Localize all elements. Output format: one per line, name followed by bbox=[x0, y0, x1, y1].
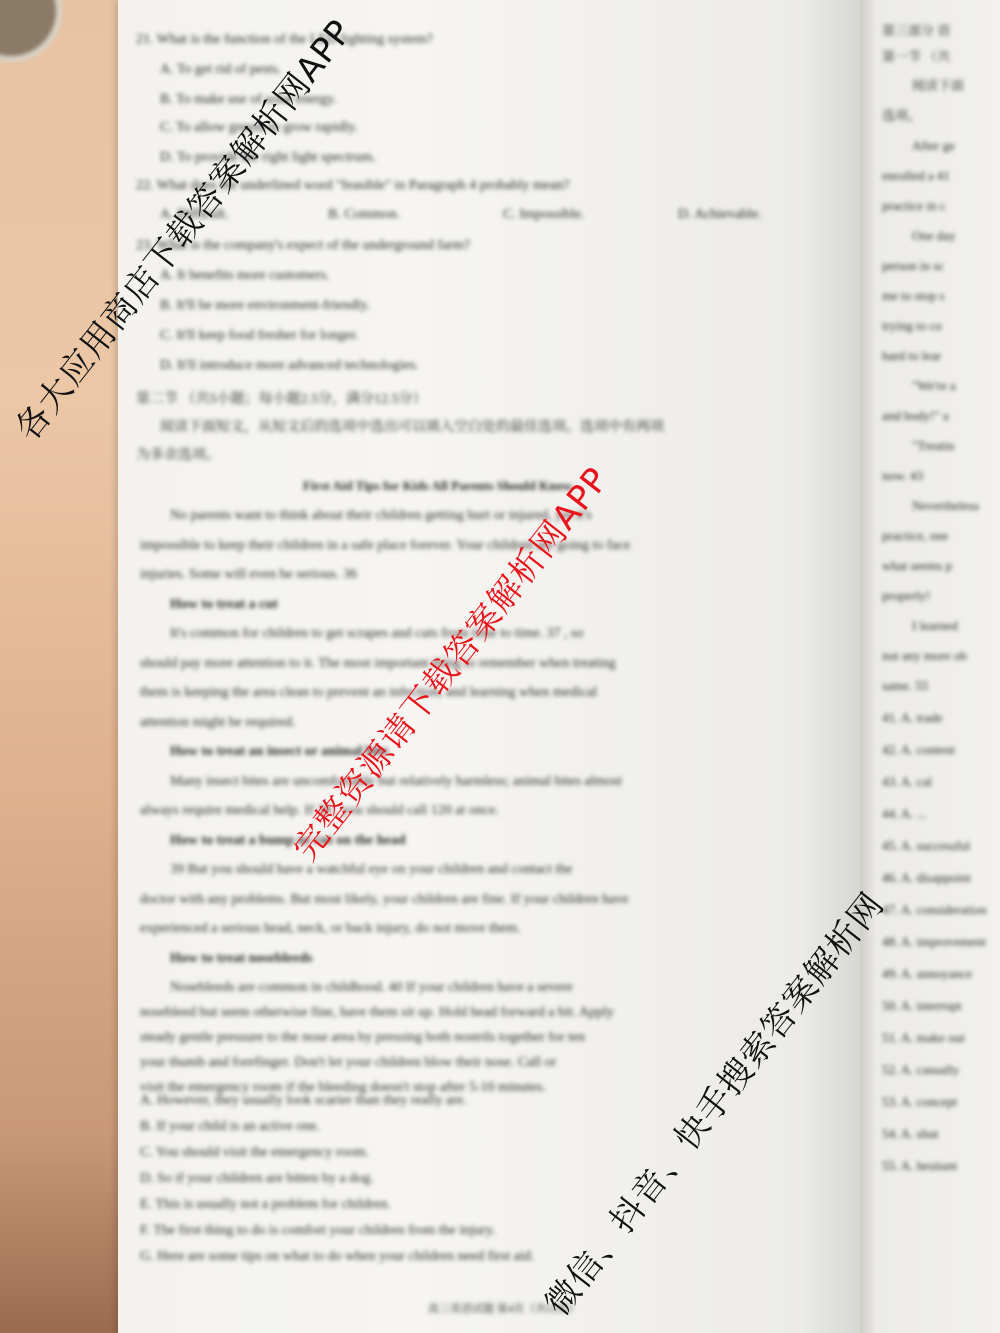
answer-option: D. So if your children are bitten by a d… bbox=[140, 1171, 374, 1187]
answer-option: A. However, they usually look scarier th… bbox=[140, 1093, 467, 1109]
choice-line: 55. A. hesitant bbox=[882, 1158, 957, 1174]
choice-line: 48. A. improvement bbox=[882, 934, 986, 950]
option-line: C. Impossible. bbox=[503, 207, 584, 223]
text-line: me to stop s bbox=[882, 288, 944, 304]
text-line: 阅读下面 bbox=[912, 75, 964, 94]
choice-line: 49. A. annoyance bbox=[882, 966, 972, 982]
desk-object bbox=[0, 0, 62, 62]
passage-line: nosebleed but seem otherwise fine, have … bbox=[140, 1005, 614, 1021]
passage-title: First Aid Tips for Kids All Parents Shou… bbox=[303, 478, 572, 494]
text-line: properly! bbox=[882, 588, 930, 604]
text-line: person in sc bbox=[882, 258, 944, 274]
question-line: C. It'll keep food fresher for longer. bbox=[160, 328, 358, 344]
text-line: Nevertheless bbox=[912, 498, 979, 514]
option-line: B. Common. bbox=[328, 207, 400, 223]
answer-option: E. This is usually not a problem for chi… bbox=[140, 1197, 391, 1213]
choice-line: 45. A. successful bbox=[882, 838, 970, 854]
text-line: One day bbox=[912, 228, 956, 244]
choice-line: 43. A. cal bbox=[882, 774, 932, 790]
passage-line: Many insect bites are uncomfortable but … bbox=[170, 774, 622, 790]
choice-line: 54. A. shut bbox=[882, 1126, 938, 1142]
passage-line: your thumb and forefinger. Don't let you… bbox=[140, 1055, 556, 1071]
passage-line: injuries. Some will even be serious. 36 bbox=[140, 567, 357, 583]
text-line: After ge bbox=[912, 138, 955, 154]
section-heading: How to treat a cut bbox=[170, 597, 278, 613]
answer-option: B. If your child is an active one. bbox=[140, 1119, 320, 1135]
text-line: what seems p bbox=[882, 558, 952, 574]
text-line: 第三部分 语 bbox=[882, 20, 950, 39]
choice-line: 41. A. trade bbox=[882, 710, 943, 726]
choice-line: 53. A. concept bbox=[882, 1094, 957, 1110]
passage-line: 39 But you should have a watchful eye on… bbox=[170, 862, 572, 878]
text-line: hard to lear bbox=[882, 348, 941, 364]
question-line: A. To get rid of pests. bbox=[160, 62, 281, 78]
passage-line: Nosebleeds are common in childhood. 40 I… bbox=[170, 980, 573, 996]
choice-line: 47. A. consideration bbox=[882, 902, 987, 918]
text-line: practice, one bbox=[882, 528, 948, 544]
text-line: I learned bbox=[912, 618, 958, 634]
passage-line: attention might be required. bbox=[140, 715, 296, 731]
passage-line: them is keeping the area clean to preven… bbox=[140, 685, 597, 701]
choice-line: 51. A. make out bbox=[882, 1030, 965, 1046]
text-line: 第一节 （共 bbox=[882, 46, 950, 65]
question-line: 为多余选项。 bbox=[136, 444, 220, 464]
text-line: now. 43 bbox=[882, 468, 923, 484]
passage-line: It's common for children to get scrapes … bbox=[170, 626, 584, 642]
question-line: A. It benefits more customers. bbox=[160, 268, 330, 284]
question-line: 21. What is the function of the LED ligh… bbox=[136, 32, 433, 48]
text-line: and body!" a bbox=[882, 408, 949, 424]
choice-line: 44. A. ... bbox=[882, 806, 926, 822]
passage-line: experienced a serious head, neck, or bac… bbox=[140, 921, 520, 937]
text-line: same. 55 bbox=[882, 678, 928, 694]
section-heading: How to treat nosebleeds bbox=[170, 951, 312, 967]
answer-option: G. Here are some tips on what to do when… bbox=[140, 1249, 534, 1265]
text-line: enrolled a 41 bbox=[882, 168, 950, 184]
answer-option: C. You should visit the emergency room. bbox=[140, 1145, 369, 1161]
text-line: trying to co bbox=[882, 318, 942, 334]
text-line: 选项。 bbox=[882, 105, 921, 124]
choice-line: 46. A. disappoint bbox=[882, 870, 971, 886]
passage-line: steady gentle pressure to the nose area … bbox=[140, 1030, 585, 1046]
right-page: 第三部分 语第一节 （共阅读下面选项。After geenrolled a 41… bbox=[860, 0, 1000, 1333]
choice-line: 42. A. content bbox=[882, 742, 955, 758]
option-line: D. Achievable. bbox=[678, 207, 762, 223]
choice-line: 50. A. interrupt bbox=[882, 998, 961, 1014]
answer-option: F. The first thing to do is comfort your… bbox=[140, 1223, 495, 1239]
question-line: B. It'll be more environment-friendly. bbox=[160, 298, 370, 314]
passage-line: doctor with any problems. But most likel… bbox=[140, 892, 629, 908]
question-line: 阅读下面短文，从短文后的选项中选出可以填入空白处的最佳选项。选项中有两项 bbox=[160, 416, 664, 436]
passage-line: should pay more attention to it. The mos… bbox=[140, 656, 616, 672]
text-line: not any more ob bbox=[882, 648, 967, 664]
text-line: "Treatin bbox=[912, 438, 954, 454]
question-line: D. It'll introduce more advanced technol… bbox=[160, 358, 419, 374]
text-line: "We're a bbox=[912, 378, 956, 394]
text-line: practice in c bbox=[882, 198, 946, 214]
question-line: 第二节 （共5小题；每小题2.5分，满分12.5分） bbox=[136, 388, 427, 408]
choice-line: 52. A. casually bbox=[882, 1062, 959, 1078]
